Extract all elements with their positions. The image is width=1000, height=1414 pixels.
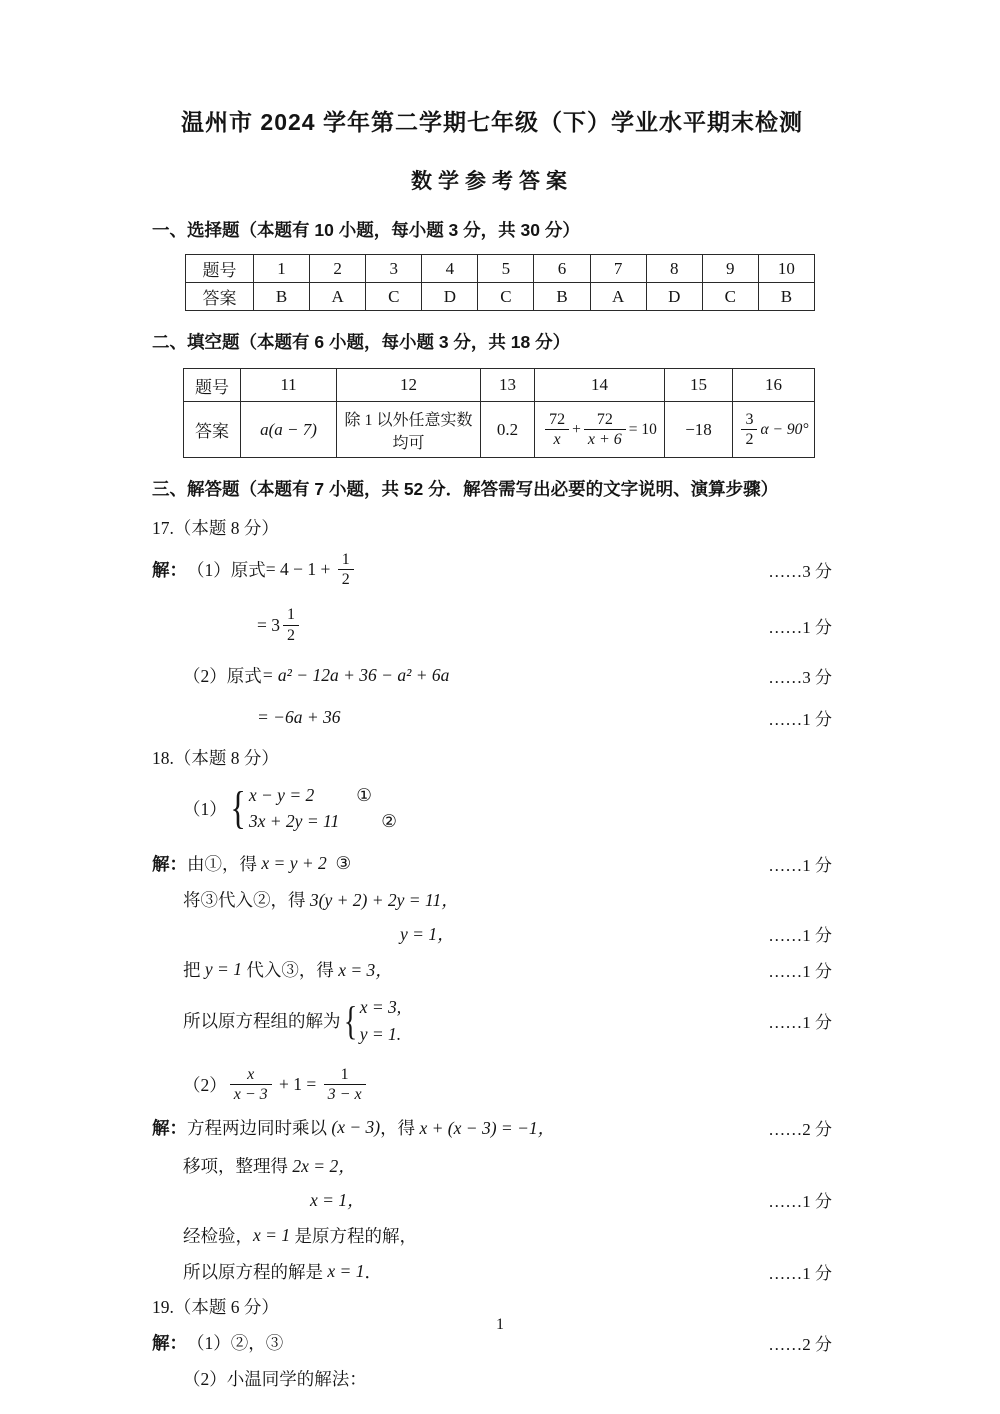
system-equations: x = 3,y = 1.	[360, 994, 401, 1047]
section-heading-solution: 三、解答题（本题有 7 小题，共 52 分．解答需写出必要的文字说明、演算步骤）	[152, 476, 832, 501]
math-expression: = 3	[257, 615, 280, 636]
row-label-number: 题号	[184, 369, 241, 402]
text: ，得	[380, 1115, 419, 1140]
equals-part: = 10	[629, 421, 657, 439]
text: 移项，整理得	[183, 1153, 292, 1178]
question-number-cell: 1	[254, 255, 310, 283]
answer-cell-11: a(a − 7)	[241, 402, 337, 458]
math-expression: x − y = 2	[249, 782, 314, 808]
system-row: 3x + 2y = 11②	[249, 808, 397, 834]
answer-cell-14: 72x + 72x + 6 = 10	[535, 402, 665, 458]
line-content: = 312	[152, 603, 766, 646]
section-heading-choice: 一、选择题（本题有 10 小题，每小题 3 分，共 30 分）	[152, 217, 832, 242]
math-expression: = a² − 12a + 36 − a² + 6a	[262, 665, 450, 686]
fraction: 12	[338, 550, 354, 589]
fraction: 12	[283, 605, 299, 644]
solution-line: 移项，整理得 2x = 2，	[152, 1152, 832, 1178]
row-label-number: 题号	[186, 255, 254, 283]
answer-cell: B	[534, 283, 590, 311]
jie-label: 解：	[152, 1115, 187, 1140]
score-mark: ……1 分	[766, 705, 832, 730]
line-content: 所以原方程的解是 x = 1．	[152, 1259, 766, 1284]
question-number-cell: 3	[366, 255, 422, 283]
table-row: 答案 B A C D C B A D C B	[186, 283, 815, 311]
line-content: = −6a + 36	[152, 707, 766, 728]
solution-line: 解：由①，得 x = y + 2 ③ ……1 分	[152, 850, 832, 876]
solution-line: y = 1， ……1 分	[152, 920, 832, 946]
math-expression: y = 1	[205, 959, 242, 980]
math-expression: (x − 3)	[331, 1117, 380, 1138]
question-number-cell: 7	[590, 255, 646, 283]
score-mark: ……1 分	[766, 921, 832, 946]
part-label: （2）原式	[183, 663, 262, 688]
math-expression: = 4 − 1 +	[266, 559, 335, 580]
question-number-cell: 10	[758, 255, 814, 283]
question-number-cell: 8	[646, 255, 702, 283]
question-number-cell: 15	[665, 369, 733, 402]
text: 所以原方程组的解为	[183, 1008, 341, 1033]
math-expression: x = 1	[253, 1225, 290, 1246]
math-expression: 3(y + 2) + 2y = 11，	[310, 887, 459, 912]
jie-label: 解：	[152, 851, 187, 876]
fraction: 32	[741, 410, 757, 449]
math-expression: α − 90°	[760, 421, 808, 439]
line-content: 所以原方程组的解为{x = 3,y = 1.	[152, 994, 766, 1047]
answer-cell: A	[310, 283, 366, 311]
question-number-cell: 2	[310, 255, 366, 283]
math-expression: = −6a + 36	[257, 707, 341, 728]
solution-line: 经检验，x = 1 是原方程的解，	[152, 1222, 832, 1248]
math-expression: 2x = 2，	[292, 1153, 355, 1178]
choice-answer-table: 题号 1 2 3 4 5 6 7 8 9 10 答案 B A C D C B A…	[185, 254, 815, 311]
system-equations: x − y = 2①3x + 2y = 11②	[249, 782, 397, 835]
equation-line: （2）xx − 3 + 1 = 13 − x	[152, 1063, 832, 1106]
math-expression: x = 3,	[360, 994, 401, 1020]
score-mark: ……1 分	[766, 851, 832, 876]
answer-cell-16: 32α − 90°	[733, 402, 815, 458]
part-label: （1）	[183, 796, 227, 821]
math-expression: y = 1.	[360, 1021, 401, 1047]
line-content: 经检验，x = 1 是原方程的解，	[152, 1223, 832, 1248]
text: 由①，得	[187, 851, 261, 876]
system-row: x − y = 2①	[249, 782, 397, 808]
line-content: （2）小温同学的解法：	[152, 1366, 832, 1391]
answer-cell-15: −18	[665, 402, 733, 458]
math-expression: 3x + 2y = 11	[249, 808, 339, 834]
document-page: 温州市 2024 学年第二学期七年级（下）学业水平期末检测 数学参考答案 一、选…	[0, 0, 1000, 1414]
solution-line: 所以原方程的解是 x = 1． ……1 分	[152, 1258, 832, 1284]
question-number-cell: 14	[535, 369, 665, 402]
left-brace: {	[343, 1003, 356, 1039]
score-mark: ……1 分	[766, 1187, 832, 1212]
solution-line: 所以原方程组的解为{x = 3,y = 1. ……1 分	[152, 994, 832, 1047]
fraction: 72x	[545, 410, 569, 449]
question-number-cell: 6	[534, 255, 590, 283]
equation-tag: ②	[381, 808, 397, 834]
operator: + 1 =	[275, 1074, 321, 1095]
answer-cell: C	[478, 283, 534, 311]
row-label-answer: 答案	[184, 402, 241, 458]
line-content: 解：（1）原式= 4 − 1 + 12	[152, 548, 766, 591]
solution-line: （2）原式= a² − 12a + 36 − a² + 6a ……3 分	[152, 663, 832, 689]
equation-tag: ①	[356, 782, 372, 808]
text: 所以原方程的解是	[183, 1259, 327, 1284]
line-content: 把 y = 1 代入③，得 x = 3，	[152, 957, 766, 982]
table-row: 答案 a(a − 7) 除 1 以外任意实数均可 0.2 72x + 72x +…	[184, 402, 815, 458]
answer-cell: B	[758, 283, 814, 311]
equation-system-line: （1）{x − y = 2①3x + 2y = 11②	[152, 782, 832, 835]
line-content: 移项，整理得 2x = 2，	[152, 1153, 832, 1178]
question-number-cell: 9	[702, 255, 758, 283]
question-number-cell: 11	[241, 369, 337, 402]
question-number-cell: 13	[481, 369, 535, 402]
line-content: 将③代入②，得 3(y + 2) + 2y = 11，	[152, 887, 832, 912]
line-content: x = 1，	[152, 1187, 766, 1212]
text: 经检验，	[183, 1223, 253, 1248]
math-expression: x = 1	[327, 1261, 364, 1282]
question-number-cell: 5	[478, 255, 534, 283]
math-expression: y = 1，	[400, 921, 455, 946]
question-number-cell: 4	[422, 255, 478, 283]
line-content: y = 1，	[152, 921, 766, 946]
text: 将③代入②，得	[183, 887, 310, 912]
line-content: （1）{x − y = 2①3x + 2y = 11②	[152, 782, 832, 835]
fill-answer-table: 题号 11 12 13 14 15 16 答案 a(a − 7) 除 1 以外任…	[183, 368, 815, 458]
question-17-label: 17.（本题 8 分）	[152, 515, 832, 540]
row-label-answer: 答案	[186, 283, 254, 311]
score-mark: ……1 分	[766, 1259, 832, 1284]
text: 代入③，得	[242, 957, 338, 982]
solution-line: = 312 ……1 分	[152, 603, 832, 646]
document-title: 温州市 2024 学年第二学期七年级（下）学业水平期末检测	[152, 104, 832, 137]
system-row: y = 1.	[360, 1021, 401, 1047]
answer-cell: D	[422, 283, 478, 311]
answer-cell-13: 0.2	[481, 402, 535, 458]
equation-system: {x − y = 2①3x + 2y = 11②	[227, 782, 397, 835]
text: ．	[364, 1259, 382, 1284]
score-mark: ……3 分	[766, 663, 832, 688]
solution-line: = −6a + 36 ……1 分	[152, 705, 832, 731]
text: 方程两边同时乘以	[187, 1115, 331, 1140]
answer-cell: C	[366, 283, 422, 311]
system-row: x = 3,	[360, 994, 401, 1020]
line-content: （2）xx − 3 + 1 = 13 − x	[152, 1063, 832, 1106]
page-number: 1	[0, 1316, 1000, 1334]
score-mark: ……3 分	[766, 557, 832, 582]
score-mark: ……1 分	[766, 1008, 832, 1033]
score-mark: ……2 分	[766, 1115, 832, 1140]
solution-line: 将③代入②，得 3(y + 2) + 2y = 11，	[152, 886, 832, 912]
solution-line: 把 y = 1 代入③，得 x = 3， ……1 分	[152, 956, 832, 982]
solution-line: 解：（1）原式= 4 − 1 + 12 ……3 分	[152, 548, 832, 591]
math-expression: x + (x − 3) = −1，	[419, 1115, 555, 1140]
line-content: 解：方程两边同时乘以 (x − 3)，得 x + (x − 3) = −1，	[152, 1115, 766, 1140]
left-brace: {	[230, 787, 245, 828]
math-expression: x = y + 2	[261, 853, 326, 874]
score-mark: ……1 分	[766, 613, 832, 638]
math-expression: x = 1，	[310, 1187, 365, 1212]
table-row: 题号 1 2 3 4 5 6 7 8 9 10	[186, 255, 815, 283]
operator: +	[572, 421, 581, 439]
document-subtitle: 数学参考答案	[152, 165, 832, 195]
fraction: 13 − x	[324, 1065, 366, 1104]
answer-cell-12: 除 1 以外任意实数均可	[337, 402, 481, 458]
solution-line: （2）小温同学的解法：	[152, 1365, 832, 1391]
line-content: （2）原式= a² − 12a + 36 − a² + 6a	[152, 663, 766, 688]
fraction: xx − 3	[230, 1065, 272, 1104]
question-number-cell: 16	[733, 369, 815, 402]
score-mark: ……1 分	[766, 957, 832, 982]
question-number-cell: 12	[337, 369, 481, 402]
math-expression: a(a − 7)	[260, 420, 317, 439]
question-18-label: 18.（本题 8 分）	[152, 745, 832, 770]
solution-line: x = 1， ……1 分	[152, 1186, 832, 1212]
equation-system: {x = 3,y = 1.	[341, 994, 402, 1047]
answer-cell: C	[702, 283, 758, 311]
answer-cell: D	[646, 283, 702, 311]
fraction: 72x + 6	[584, 410, 626, 449]
line-content: 解：由①，得 x = y + 2 ③	[152, 851, 766, 876]
solution-line: 解：方程两边同时乘以 (x − 3)，得 x + (x − 3) = −1， ……	[152, 1114, 832, 1140]
text: 是原方程的解，	[290, 1223, 417, 1248]
math-expression: x = 3，	[338, 957, 393, 982]
text: 把	[183, 957, 205, 982]
equation-with-fractions: 72x + 72x + 6 = 10	[542, 408, 657, 451]
answer-cell: B	[254, 283, 310, 311]
part-label: （1）原式	[187, 557, 266, 582]
jie-label: 解：	[152, 557, 187, 582]
text: （2）小温同学的解法：	[183, 1366, 367, 1391]
expression-with-fraction: 32α − 90°	[738, 408, 808, 451]
part-label: （2）	[183, 1072, 227, 1097]
equation-tag: ③	[327, 853, 351, 874]
section-heading-fill: 二、填空题（本题有 6 小题，每小题 3 分，共 18 分）	[152, 329, 832, 354]
table-row: 题号 11 12 13 14 15 16	[184, 369, 815, 402]
answer-cell: A	[590, 283, 646, 311]
